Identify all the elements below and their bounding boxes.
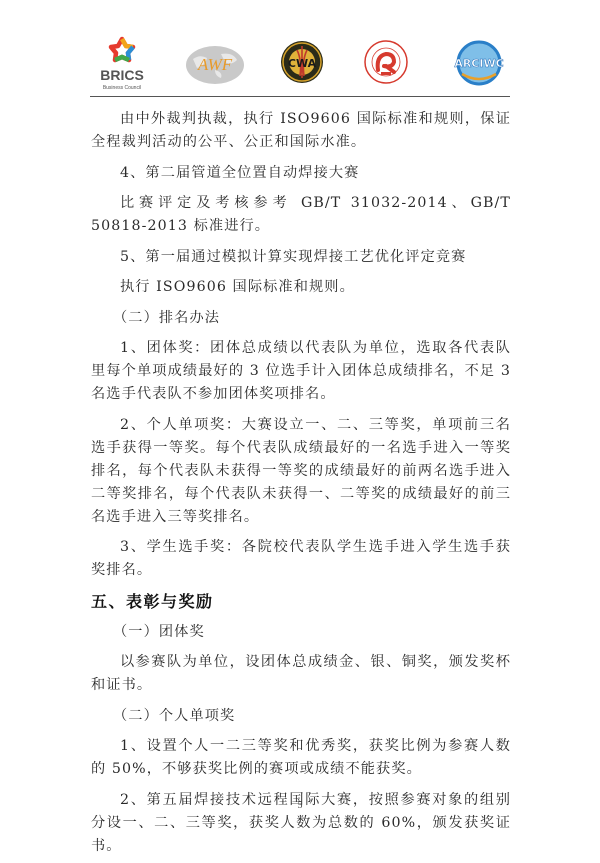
- arciwc-logo: ARCIWC: [452, 40, 506, 86]
- item-4-body: 比赛评定及考核参考 GB/T 31032-2014、GB/T 50818-201…: [91, 192, 511, 238]
- svg-text:ARCIWC: ARCIWC: [454, 57, 503, 70]
- header-logos: BRICS Business Council AWF CWA: [90, 36, 510, 94]
- item-4-title: 4、第二届管道全位置自动焊接大赛: [91, 162, 511, 185]
- team-award-heading: （一）团体奖: [91, 621, 511, 644]
- svg-text:BRICS: BRICS: [100, 67, 144, 83]
- ranking-individual-award: 2、个人单项奖：大赛设立一、二、三等奖，单项前三名选手获得一等奖。每个代表队成绩…: [91, 414, 511, 529]
- paragraph-judging: 由中外裁判执裁，执行 ISO9606 国际标准和规则，保证全程裁判活动的公平、公…: [91, 108, 511, 154]
- document-body: 由中外裁判执裁，执行 ISO9606 国际标准和规则，保证全程裁判活动的公平、公…: [91, 108, 511, 863]
- arciwc-globe-icon: ARCIWC: [452, 40, 506, 86]
- brics-logo: BRICS Business Council: [92, 36, 152, 94]
- individual-award-heading: （二）个人单项奖: [91, 705, 511, 728]
- ranking-team-award: 1、团体奖：团体总成绩以代表队为单位，选取各代表队里每个单项成绩最好的 3 位选…: [91, 337, 511, 406]
- header-divider: [90, 96, 510, 97]
- cwa-emblem-icon: CWA: [280, 40, 324, 84]
- svg-text:CWA: CWA: [288, 57, 317, 70]
- svg-text:Business Council: Business Council: [103, 85, 141, 91]
- individual-award-2: 2、第五届焊接技术远程国际大赛，按照参赛对象的组别分设一、二、三等奖，获奖人数为…: [91, 789, 511, 858]
- brics-star-icon: BRICS Business Council: [92, 36, 152, 94]
- item-5-title: 5、第一届通过模拟计算实现焊接工艺优化评定竞赛: [91, 246, 511, 269]
- individual-award-1: 1、设置个人一二三等奖和优秀奖，获奖比例为参赛人数的 50%，不够获奖比例的赛项…: [91, 735, 511, 781]
- cwa-logo: CWA: [280, 40, 324, 84]
- svg-text:AWF: AWF: [197, 55, 233, 74]
- team-award-body: 以参赛队为单位，设团体总成绩金、银、铜奖，颁发奖杯和证书。: [91, 651, 511, 697]
- cws-emblem-icon: [364, 40, 408, 84]
- page-number: 5: [0, 800, 600, 811]
- ranking-student-award: 3、学生选手奖：各院校代表队学生选手进入学生选手获奖排名。: [91, 536, 511, 582]
- ranking-method-heading: （二）排名办法: [91, 307, 511, 330]
- section-5-heading: 五、表彰与奖励: [91, 590, 511, 614]
- awf-logo: AWF: [185, 44, 245, 86]
- cws-logo: [364, 40, 408, 84]
- awf-globe-icon: AWF: [185, 44, 245, 86]
- item-5-body: 执行 ISO9606 国际标准和规则。: [91, 276, 511, 299]
